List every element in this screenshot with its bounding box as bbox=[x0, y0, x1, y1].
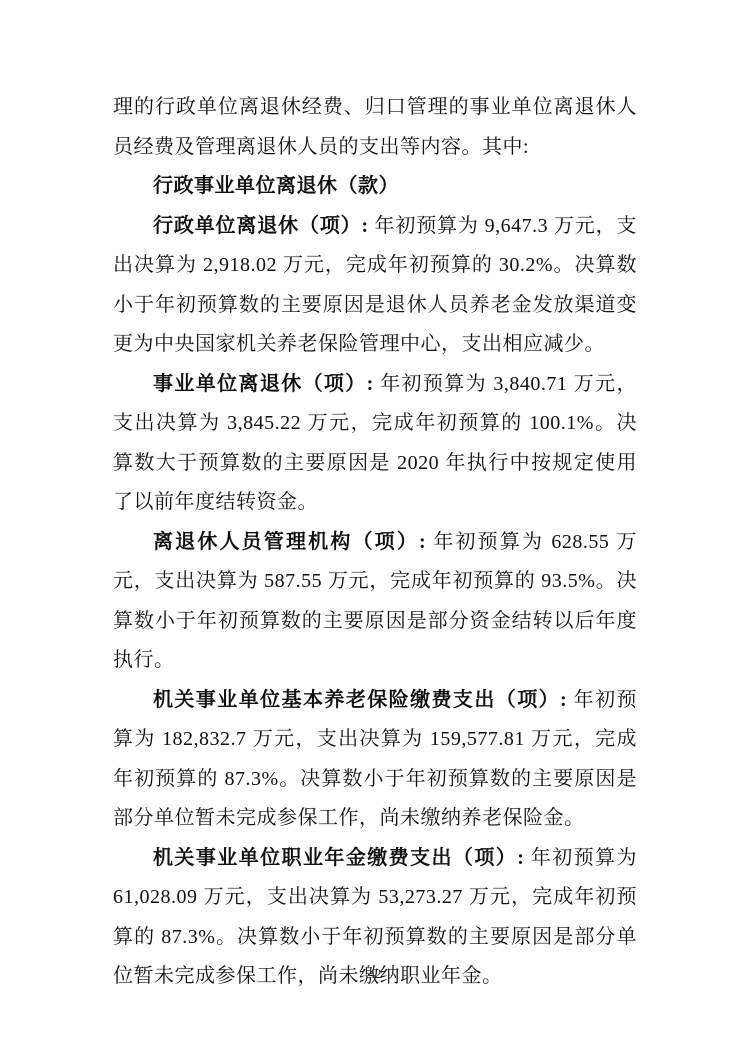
section-heading-label: 行政事业单位离退休（款） bbox=[153, 175, 399, 197]
paragraph-continuation: 理的行政单位离退休经费、归口管理的事业单位离退休人员经费及管理离退休人员的支出等… bbox=[113, 88, 637, 167]
document-page: 理的行政单位离退休经费、归口管理的事业单位离退休人员经费及管理离退休人员的支出等… bbox=[0, 0, 750, 1060]
document-text-block: 理的行政单位离退休经费、归口管理的事业单位离退休人员经费及管理离退休人员的支出等… bbox=[113, 88, 637, 997]
paragraph-xingzheng-danwei: 行政单位离退休（项）: 年初预算为 9,647.3 万元，支出决算为 2,918… bbox=[113, 207, 637, 365]
paragraph-lead: 机关事业单位基本养老保险缴费支出（项）: bbox=[153, 689, 567, 711]
paragraph-lead: 离退休人员管理机构（项）: bbox=[153, 531, 426, 553]
paragraph-text: 理的行政单位离退休经费、归口管理的事业单位离退休人员经费及管理离退休人员的支出等… bbox=[113, 96, 637, 158]
paragraph-yanglao-baoxian: 机关事业单位基本养老保险缴费支出（项）: 年初预算为 182,832.7 万元，… bbox=[113, 681, 637, 839]
paragraph-lead: 行政单位离退休（项）: bbox=[153, 215, 369, 237]
paragraph-shiye-danwei: 事业单位离退休（项）: 年初预算为 3,840.71 万元，支出决算为 3,84… bbox=[113, 365, 637, 523]
paragraph-lead: 事业单位离退休（项）: bbox=[153, 373, 374, 395]
paragraph-guanli-jigou: 离退休人员管理机构（项）: 年初预算为 628.55 万元，支出决算为 587.… bbox=[113, 523, 637, 681]
section-heading: 行政事业单位离退休（款） bbox=[113, 167, 637, 207]
page-number: 42 bbox=[0, 966, 750, 982]
paragraph-lead: 机关事业单位职业年金缴费支出（项）: bbox=[153, 847, 524, 869]
